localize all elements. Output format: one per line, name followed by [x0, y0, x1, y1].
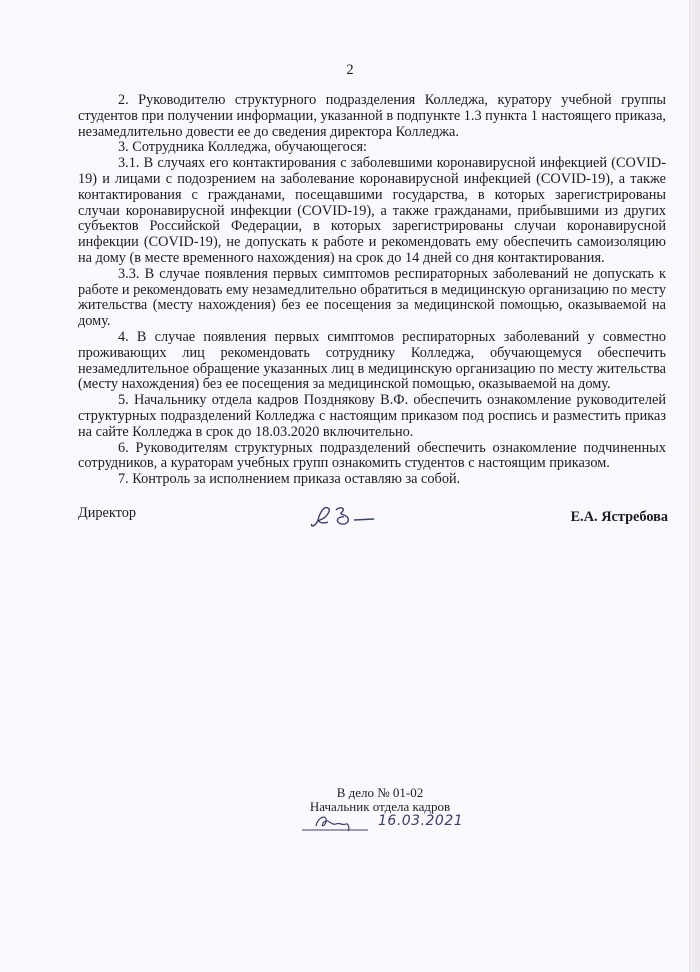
- filing-case-number: В дело № 01-02: [300, 786, 460, 800]
- signature-block: Директор Е.А. Ястребова: [78, 502, 668, 532]
- scan-edge: [689, 0, 700, 972]
- handwritten-signature-icon: [306, 502, 386, 535]
- page-number: 2: [0, 62, 700, 79]
- paragraph-7: 7. Контроль за исполнением приказа остав…: [78, 472, 666, 488]
- paragraph-6: 6. Руководителям структурных подразделен…: [78, 441, 666, 473]
- handwritten-date: 16.03.2021: [378, 813, 463, 829]
- filing-note: В дело № 01-02 Начальник отдела кадров: [300, 786, 460, 814]
- handwritten-signature-icon: [298, 812, 378, 834]
- paragraph-5: 5. Начальнику отдела кадров Позднякову В…: [78, 393, 666, 440]
- order-body: 2. Руководителю структурного подразделен…: [78, 93, 666, 488]
- paragraph-3: 3. Сотрудника Колледжа, обучающегося:: [78, 140, 666, 156]
- signatory-name: Е.А. Ястребова: [571, 509, 668, 526]
- signatory-role: Директор: [78, 505, 136, 522]
- paragraph-4: 4. В случае появления первых симптомов р…: [78, 330, 666, 393]
- paragraph-3-3: 3.3. В случае появления первых симптомов…: [78, 267, 666, 330]
- document-page: 2 2. Руководителю структурного подраздел…: [0, 0, 700, 972]
- paragraph-2: 2. Руководителю структурного подразделен…: [78, 93, 666, 140]
- paragraph-3-1: 3.1. В случаях его контактирования с заб…: [78, 156, 666, 267]
